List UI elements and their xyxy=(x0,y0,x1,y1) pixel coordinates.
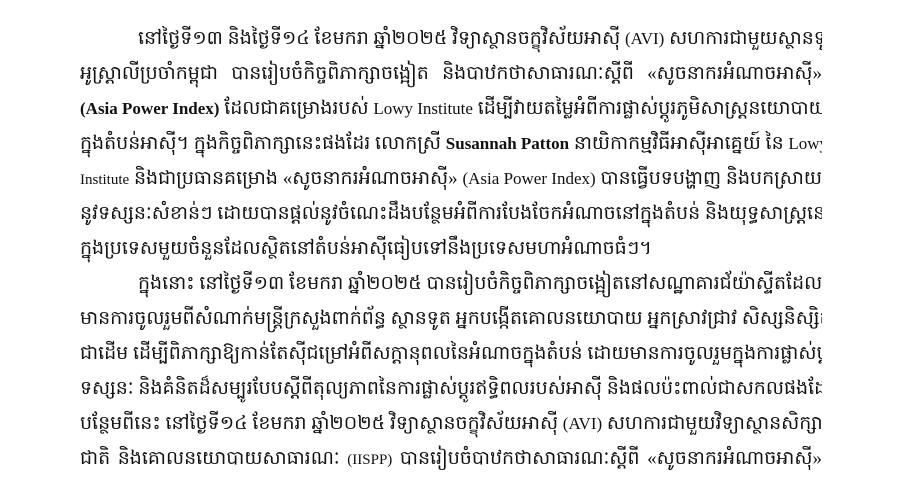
text-segment-avi: (AVI) xyxy=(625,29,664,48)
document-page: នៅថ្ងៃទី១៣ និងថ្ងៃទី១៤ ខែមករា ឆ្នាំ២០២៥ … xyxy=(0,0,900,500)
text-segment-susannah-patton: Susannah Patton xyxy=(446,134,569,153)
text-segment: ជាដើម ដើម្បីពិភាក្សាឱ្យកាន់តែស៊ីជម្រៅអំព… xyxy=(80,343,822,364)
paragraph-2-line-6: ជាតិ និងគោលនយោបាយសាធារណៈ (IISPP) បានរៀបច… xyxy=(80,442,822,476)
paragraph-1-line-3: (Asia Power Index) ដែលជាគម្រោងរបស់ Lowy … xyxy=(80,92,822,126)
text-segment: ទស្សនៈ និងគំនិតដ៏សម្បូរបែបស្តីពីតុល្យភាព… xyxy=(80,378,822,399)
text-segment-lowy-institute: Lowy Institute xyxy=(373,99,473,118)
text-segment: ក្នុងប្រទេសមួយចំនួនដែលស្ថិតនៅតំបន់អាស៊ីធ… xyxy=(80,238,652,259)
text-segment-iispp: (IISPP) xyxy=(347,452,392,468)
text-segment: ដើម្បីវាយតម្លៃអំពីការផ្លាស់ប្តូរភូមិសាស្… xyxy=(473,98,822,119)
text-segment: បានធ្វើបទបង្ហាញ និងបកស្រាយ xyxy=(596,168,822,189)
text-segment: នូវទស្សនៈសំខាន់ៗ ដោយបានផ្តល់នូវចំណេះដឹងប… xyxy=(80,203,822,224)
text-segment: សហការជាមួយស្ថានទូត xyxy=(664,28,822,49)
text-segment: ក្នុងតំបន់អាស៊ី។ ក្នុងកិច្ចពិភាក្សានេះផង… xyxy=(80,133,446,154)
text-segment: និងជាប្រធានគម្រោង «សូចនាករអំណាចអាស៊ី» xyxy=(129,168,462,189)
paragraph-1-line-1: នៅថ្ងៃទី១៣ និងថ្ងៃទី១៤ ខែមករា ឆ្នាំ២០២៥ … xyxy=(138,22,822,56)
text-segment-asia-power-index: (Asia Power Index) xyxy=(462,169,595,188)
paragraph-2-line-5: បន្ថែមពីនេះ នៅថ្ងៃទី១៤ ខែមករា ឆ្នាំ២០២៥ … xyxy=(80,407,822,441)
text-segment-lowy: Lowy xyxy=(788,134,822,153)
text-segment-asia-power-index: (Asia Power Index) xyxy=(80,99,219,118)
paragraph-1-line-5: Institute និងជាប្រធានគម្រោង «សូចនាករអំណា… xyxy=(80,162,822,196)
text-segment: ជាតិ និងគោលនយោបាយសាធារណៈ xyxy=(80,448,347,469)
text-segment: សហការជាមួយវិទ្យាស្ថានសិក្សាអន្តរ xyxy=(602,413,822,434)
text-segment: បានរៀបចំបាឋកថាសាធារណៈស្តីពី «សូចនាករអំណា… xyxy=(392,448,822,469)
text-segment-institute: Institute xyxy=(80,172,129,188)
paragraph-1-line-7: ក្នុងប្រទេសមួយចំនួនដែលស្ថិតនៅតំបន់អាស៊ីធ… xyxy=(80,232,822,266)
paragraph-1-line-4: ក្នុងតំបន់អាស៊ី។ ក្នុងកិច្ចពិភាក្សានេះផង… xyxy=(80,127,822,161)
paragraph-2-line-2: មានការចូលរួមពីសំណាក់មន្ត្រីក្រសួងពាក់ព័ន… xyxy=(80,302,822,336)
text-segment: នាយិកាកម្មវិធីអាស៊ីអាគ្នេយ៍ នៃ xyxy=(569,133,788,154)
text-segment: នៅថ្ងៃទី១៣ និងថ្ងៃទី១៤ ខែមករា ឆ្នាំ២០២៥ … xyxy=(138,28,625,49)
paragraph-1-line-6: នូវទស្សនៈសំខាន់ៗ ដោយបានផ្តល់នូវចំណេះដឹងប… xyxy=(80,197,822,231)
paragraph-2-line-1: ក្នុងនោះ នៅថ្ងៃទី១៣ ខែមករា ឆ្នាំ២០២៥ បាន… xyxy=(138,267,822,301)
text-segment: អូស្ត្រាលីប្រចាំកម្ពុជា បានរៀបចំកិច្ចពិភ… xyxy=(80,63,822,84)
text-segment: មានការចូលរួមពីសំណាក់មន្ត្រីក្រសួងពាក់ព័ន… xyxy=(80,308,822,329)
text-segment: ក្នុងនោះ នៅថ្ងៃទី១៣ ខែមករា ឆ្នាំ២០២៥ បាន… xyxy=(138,273,822,294)
text-segment-avi: (AVI) xyxy=(563,414,602,433)
text-segment: ដែលជាគម្រោងរបស់ xyxy=(219,98,373,119)
paragraph-2-line-3: ជាដើម ដើម្បីពិភាក្សាឱ្យកាន់តែស៊ីជម្រៅអំព… xyxy=(80,337,822,371)
paragraph-2-line-4: ទស្សនៈ និងគំនិតដ៏សម្បូរបែបស្តីពីតុល្យភាព… xyxy=(80,372,822,406)
text-segment: បន្ថែមពីនេះ នៅថ្ងៃទី១៤ ខែមករា ឆ្នាំ២០២៥ … xyxy=(80,413,563,434)
paragraph-1-line-2: អូស្ត្រាលីប្រចាំកម្ពុជា បានរៀបចំកិច្ចពិភ… xyxy=(80,57,822,91)
